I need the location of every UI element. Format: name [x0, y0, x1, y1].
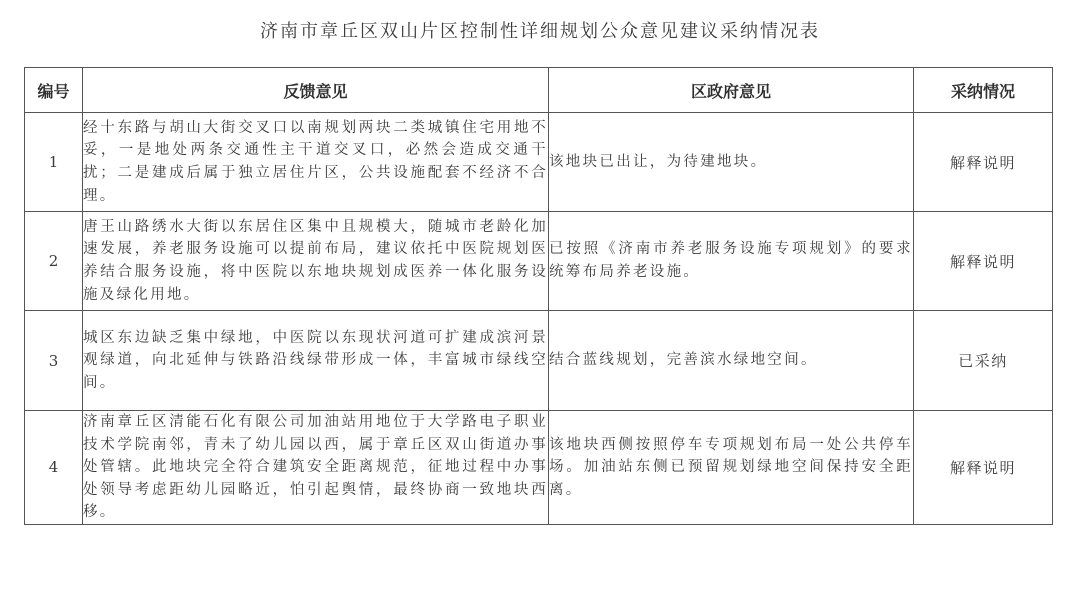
header-adoption-status: 采纳情况	[914, 68, 1053, 113]
row-number: 3	[25, 311, 83, 411]
adoption-status-cell: 解释说明	[914, 113, 1053, 212]
government-opinion-cell: 结合蓝线规划，完善滨水绿地空间。	[549, 311, 914, 411]
adoption-status-cell: 解释说明	[914, 411, 1053, 525]
table-row: 4 济南章丘区清能石化有限公司加油站用地位于大学路电子职业技术学院南邻，青未了幼…	[25, 411, 1053, 525]
adoption-status-cell: 解释说明	[914, 212, 1053, 311]
government-opinion-cell: 已按照《济南市养老服务设施专项规划》的要求统筹布局养老设施。	[549, 212, 914, 311]
document-title: 济南市章丘区双山片区控制性详细规划公众意见建议采纳情况表	[0, 17, 1080, 43]
header-no: 编号	[25, 68, 83, 113]
row-number: 2	[25, 212, 83, 311]
government-opinion-cell: 该地块西侧按照停车专项规划布局一处公共停车场。加油站东侧已预留规划绿地空间保持安…	[549, 411, 914, 525]
header-feedback: 反馈意见	[83, 68, 549, 113]
row-number: 1	[25, 113, 83, 212]
feedback-cell: 经十东路与胡山大街交叉口以南规划两块二类城镇住宅用地不妥，一是地处两条交通性主干…	[83, 113, 549, 212]
table-row: 2 唐王山路绣水大街以东居住区集中且规模大，随城市老龄化加速发展，养老服务设施可…	[25, 212, 1053, 311]
table-row: 3 城区东边缺乏集中绿地，中医院以东现状河道可扩建成滨河景观绿道，向北延伸与铁路…	[25, 311, 1053, 411]
feedback-adoption-table: 编号 反馈意见 区政府意见 采纳情况 1 经十东路与胡山大街交叉口以南规划两块二…	[24, 67, 1053, 525]
feedback-cell: 城区东边缺乏集中绿地，中医院以东现状河道可扩建成滨河景观绿道，向北延伸与铁路沿线…	[83, 311, 549, 411]
feedback-cell: 唐王山路绣水大街以东居住区集中且规模大，随城市老龄化加速发展，养老服务设施可以提…	[83, 212, 549, 311]
table-header-row: 编号 反馈意见 区政府意见 采纳情况	[25, 68, 1053, 113]
row-number: 4	[25, 411, 83, 525]
feedback-cell: 济南章丘区清能石化有限公司加油站用地位于大学路电子职业技术学院南邻，青未了幼儿园…	[83, 411, 549, 525]
table-row: 1 经十东路与胡山大街交叉口以南规划两块二类城镇住宅用地不妥，一是地处两条交通性…	[25, 113, 1053, 212]
adoption-status-cell: 已采纳	[914, 311, 1053, 411]
header-government-opinion: 区政府意见	[549, 68, 914, 113]
government-opinion-cell: 该地块已出让，为待建地块。	[549, 113, 914, 212]
